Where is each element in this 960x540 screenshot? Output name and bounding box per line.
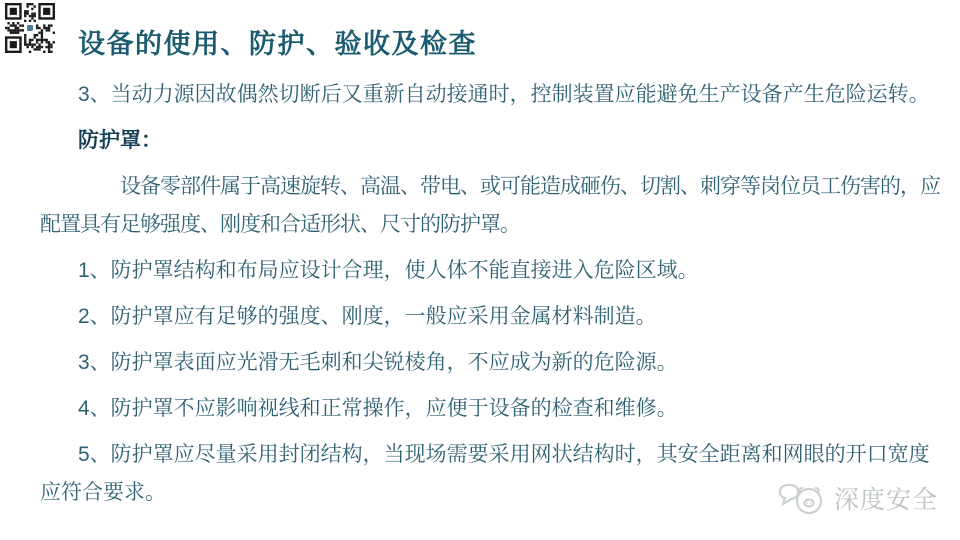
watermark-text: 深度安全 <box>834 480 938 516</box>
slide-body: 3、当动力源因故偶然切断后又重新自动接通时，控制装置应能避免生产设备产生危险运转… <box>40 76 940 520</box>
page-title: 设备的使用、防护、验收及检查 <box>78 24 477 64</box>
list-item: 1、防护罩结构和布局应设计合理，使人体不能直接进入危险区域。 <box>40 252 940 290</box>
slide: 设备的使用、防护、验收及检查 3、当动力源因故偶然切断后又重新自动接通时，控制装… <box>0 0 960 540</box>
paragraph: 3、当动力源因故偶然切断后又重新自动接通时，控制装置应能避免生产设备产生危险运转… <box>40 76 940 114</box>
qr-code-icon <box>5 3 55 53</box>
list-item: 3、防护罩表面应光滑无毛刺和尖锐棱角，不应成为新的危险源。 <box>40 344 940 382</box>
watermark: 深度安全 <box>776 478 938 518</box>
list-item: 4、防护罩不应影响视线和正常操作，应便于设备的检查和维修。 <box>40 390 940 428</box>
section-heading: 防护罩： <box>40 122 940 160</box>
mascot-chat-logo-icon <box>776 478 826 518</box>
paragraph: 设备零部件属于高速旋转、高温、带电、或可能造成砸伤、切割、刺穿等岗位员工伤害的，… <box>40 168 940 244</box>
list-item: 2、防护罩应有足够的强度、刚度，一般应采用金属材料制造。 <box>40 298 940 336</box>
